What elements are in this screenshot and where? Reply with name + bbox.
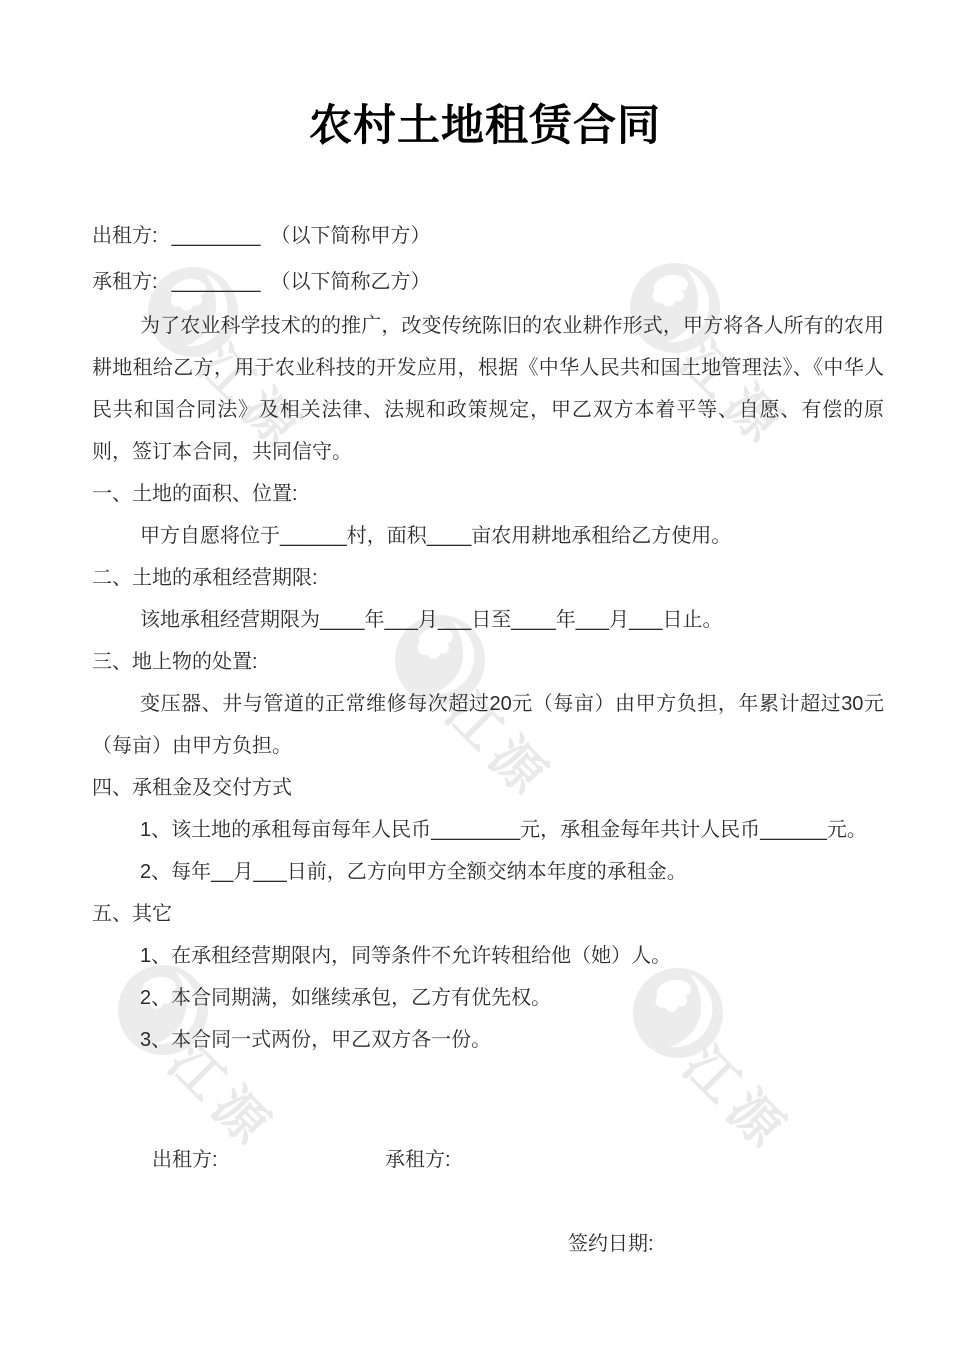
section-4-item: 1、该土地的承租每亩每年人民币________元，承租金每年共计人民币_____… [92,809,884,851]
lessor-line: 出租方:________（以下简称甲方） [92,213,884,259]
signature-lessor-label: 出租方: [152,1147,218,1173]
section-1-heading: 一、土地的面积、位置: [92,473,884,515]
lessee-note: （以下简称乙方） [271,271,431,293]
page-title: 农村土地租赁合同 [0,0,970,151]
lessor-name-blank: ________ [172,225,261,247]
section-5-item: 2、本合同期满，如继续承包，乙方有优先权。 [92,977,884,1019]
lessor-label: 出租方: [92,225,158,247]
section-4-item: 2、每年__月___日前，乙方向甲方全额交纳本年度的承租金。 [92,851,884,893]
section-5-item: 3、本合同一式两份，甲乙双方各一份。 [92,1019,884,1061]
section-2-body: 该地承租经营期限为____年___月___日至____年___月___日止。 [92,599,884,641]
lessee-label: 承租方: [92,271,158,293]
contract-body: 出租方:________（以下简称甲方） 承租方:________（以下简称乙方… [92,213,884,1061]
section-2-heading: 二、土地的承租经营期限: [92,557,884,599]
signature-lessee-label: 承租方: [385,1147,451,1173]
lessee-name-blank: ________ [172,271,261,293]
section-4-heading: 四、承租金及交付方式 [92,767,884,809]
lessee-line: 承租方:________（以下简称乙方） [92,259,884,305]
section-3-body: 变压器、井与管道的正常维修每次超过20元（每亩）由甲方负担，年累计超过30元（每… [92,683,884,767]
lessor-note: （以下简称甲方） [271,225,431,247]
signature-date-label: 签约日期: [568,1231,654,1257]
section-3-heading: 三、地上物的处置: [92,641,884,683]
section-5-heading: 五、其它 [92,893,884,935]
contract-document: 江源 江源 江源 江源 [0,0,970,1371]
preamble-paragraph: 为了农业科学技术的的推广，改变传统陈旧的农业耕作形式，甲方将各人所有的农用耕地租… [92,305,884,473]
section-1-body: 甲方自愿将位于______村，面积____亩农用耕地承租给乙方使用。 [92,515,884,557]
section-5-item: 1、在承租经营期限内，同等条件不允许转租给他（她）人。 [92,935,884,977]
